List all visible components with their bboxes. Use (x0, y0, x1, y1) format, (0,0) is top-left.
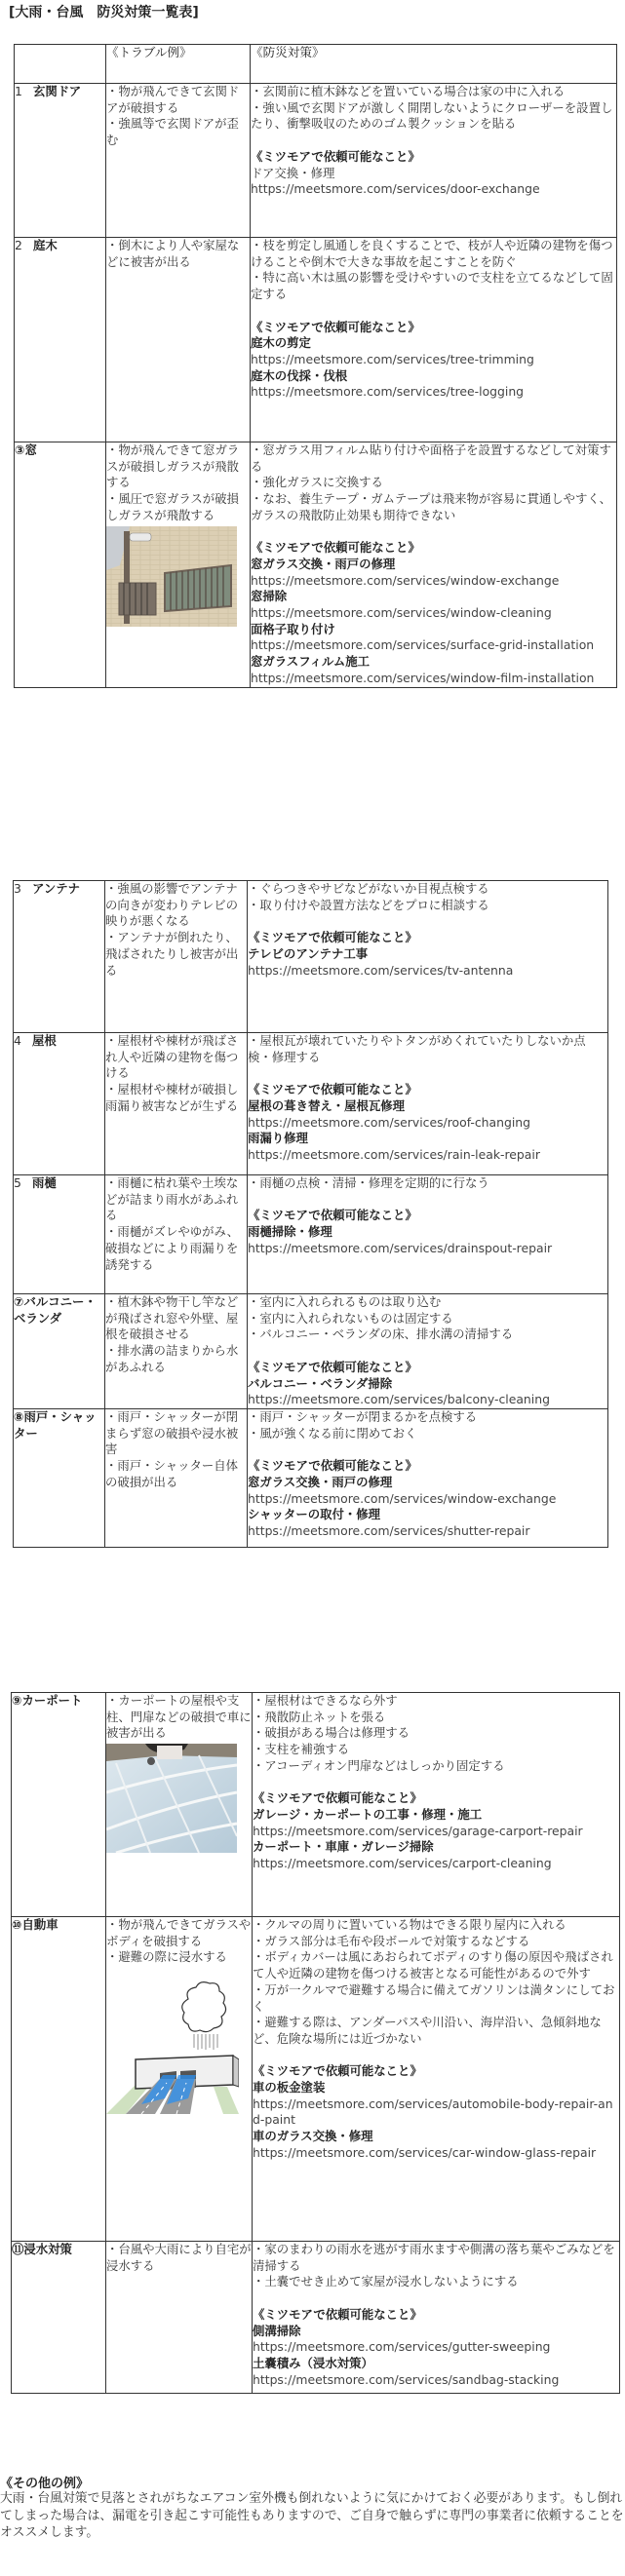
trouble-text: ・物が飛んできて窓ガラスが破損しガラスが飛散する (106, 442, 250, 491)
row-number: 1 (15, 84, 33, 100)
service-name: 庭木の剪定 (251, 335, 616, 352)
measure-text: ・室内に入れられないものは固定する (248, 1311, 607, 1327)
table-row: 3アンテナ ・強風の影響でアンテナの向きが変わりテレビの映りが悪くなる ・アンテ… (14, 881, 608, 1033)
service-link[interactable]: https://meetsmore.com/services/surface-g… (251, 637, 616, 654)
request-heading: 《ミツモアで依頼可能なこと》 (251, 540, 616, 557)
service-link[interactable]: https://meetsmore.com/services/window-ex… (248, 1491, 607, 1508)
trouble-text: ・倒木により人や家屋などに被害が出る (106, 238, 250, 270)
page-title: [大雨・台風 防災対策一覧表] (9, 2, 199, 21)
other-examples-text: 大雨・台風対策で見落とされがちなエアコン室外機も倒れないように気にかけておく必要… (0, 2490, 624, 2542)
service-name: 側溝掃除 (253, 2324, 619, 2340)
request-heading: 《ミツモアで依頼可能なこと》 (253, 1790, 619, 1807)
measure-text: ・アコーディオン門扉などはしっかり固定する (253, 1758, 619, 1775)
table-row: ⑩自動車 ・物が飛んできてガラスやボディを破損する ・避難の際に浸水する (12, 1917, 620, 2242)
trouble-text: ・物が飛んできてガラスやボディを破損する (106, 1917, 252, 1949)
measure-text: ・枝を剪定し風通しを良くすることで、枝が人や近隣の建物を傷つけることや倒木で大き… (251, 238, 616, 270)
row-item-name: 庭木 (33, 238, 58, 254)
trouble-text: ・強風等で玄関ドアが歪む (106, 116, 250, 148)
other-examples-heading: 《その他の例》 (0, 2473, 89, 2491)
disaster-table-3: ⑨カーポート ・カーポートの屋根や支柱、門扉などの破損で車に被害が出る (11, 1692, 620, 2394)
service-name: 雨漏り修理 (248, 1131, 607, 1147)
service-link[interactable]: https://meetsmore.com/services/car-windo… (253, 2145, 619, 2162)
measure-text: ・特に高い木は風の影響を受けやすいので支柱を立てるなどして固定する (251, 270, 616, 302)
service-name: バルコニー・ベランダ掃除 (248, 1376, 607, 1393)
row-number: 2 (15, 238, 33, 254)
row-item-name: ⑦バルコニー・ベランダ (14, 1294, 104, 1326)
service-link[interactable]: https://meetsmore.com/services/carport-c… (253, 1856, 619, 1872)
trouble-text: ・風圧で窓ガラスが破損しガラスが飛散する (106, 491, 250, 523)
service-name: 庭木の伐採・伐根 (251, 368, 616, 385)
measure-text: ・なお、養生テープ・ガムテープは飛来物が容易に貫通しやすく、ガラスの飛散防止効果… (251, 491, 616, 523)
row-item-name: ③窓 (15, 442, 37, 459)
measure-text: ・玄関前に植木鉢などを置いている場合は家の中に入れる (251, 84, 616, 100)
service-name: 車のガラス交換・修理 (253, 2129, 619, 2145)
header-trouble: 《トラブル例》 (106, 45, 251, 84)
disaster-table-1: 《トラブル例》 《防災対策》 1玄関ドア ・物が飛んできて玄関ドアが破損する ・… (14, 44, 617, 688)
trouble-text: ・雨樋に枯れ葉や土埃などが詰まり雨水があふれる (105, 1175, 247, 1224)
measure-text: ・強化ガラスに交換する (251, 475, 616, 491)
service-link[interactable]: https://meetsmore.com/services/tree-trim… (251, 352, 616, 368)
measure-text: ・土嚢でせき止めて家屋が浸水しないようにする (253, 2274, 619, 2290)
service-link[interactable]: https://meetsmore.com/services/door-exch… (251, 181, 616, 198)
service-name: ガレージ・カーポートの工事・修理・施工 (253, 1807, 619, 1824)
measure-text: ・屋根瓦が壊れていたりやトタンがめくれていたりしないか点検・修理する (248, 1033, 607, 1065)
measure-text: ・避難する際は、アンダーパスや川沿い、海岸沿い、急傾斜地など、危険な場所には近づ… (253, 2015, 619, 2047)
table-row: ⑨カーポート ・カーポートの屋根や支柱、門扉などの破損で車に被害が出る (12, 1693, 620, 1917)
service-link[interactable]: https://meetsmore.com/services/rain-leak… (248, 1147, 607, 1164)
row-item-name: アンテナ (32, 881, 80, 898)
row-item-name: 屋根 (32, 1033, 57, 1050)
service-link[interactable]: https://meetsmore.com/services/window-ex… (251, 573, 616, 590)
measure-text: ・室内に入れられるものは取り込む (248, 1294, 607, 1311)
service-link[interactable]: https://meetsmore.com/services/drainspou… (248, 1241, 607, 1257)
trouble-text: ・屋根材や棟材が破損し雨漏り被害などが生ずる (105, 1082, 247, 1114)
service-name: 車の板金塗装 (253, 2080, 619, 2096)
trouble-text: ・台風や大雨により自宅が浸水する (106, 2242, 252, 2274)
trouble-text: ・強風の影響でアンテナの向きが変わりテレビの映りが悪くなる (105, 881, 247, 930)
measure-text: ・屋根材はできるなら外す (253, 1693, 619, 1710)
request-heading: 《ミツモアで依頼可能なこと》 (248, 930, 607, 946)
service-name: カーポート・車庫・ガレージ掃除 (253, 1839, 619, 1856)
measure-text: ・雨樋の点検・清掃・修理を定期的に行なう (248, 1175, 607, 1192)
underpass-flood-illustration (106, 1978, 239, 2114)
service-link[interactable]: https://meetsmore.com/services/gutter-sw… (253, 2339, 619, 2356)
service-link[interactable]: https://meetsmore.com/services/sandbag-s… (253, 2372, 619, 2389)
measure-text: ・取り付けや設置方法などをプロに相談する (248, 898, 607, 914)
table-row: 5雨樋 ・雨樋に枯れ葉や土埃などが詰まり雨水があふれる ・雨樋がズレやゆがみ、破… (14, 1175, 608, 1294)
header-measures: 《防災対策》 (251, 45, 617, 84)
service-name: 窓ガラスフィルム施工 (251, 654, 616, 671)
table-row: ⑦バルコニー・ベランダ ・植木鉢や物干し竿などが飛ばされ窓や外壁、屋根を破損させ… (14, 1294, 608, 1409)
row-item-name: ⑪浸水対策 (12, 2242, 72, 2258)
trouble-text: ・植木鉢や物干し竿などが飛ばされ窓や外壁、屋根を破損させる (105, 1294, 247, 1343)
service-link[interactable]: https://meetsmore.com/services/window-cl… (251, 605, 616, 622)
service-name: テレビのアンテナ工事 (248, 946, 607, 963)
trouble-text: ・カーポートの屋根や支柱、門扉などの破損で車に被害が出る (106, 1693, 252, 1742)
measure-text: ・万が一クルマで避難する場合に備えてガソリンは満タンにしておく (253, 1982, 619, 2015)
service-name: 窓ガラス交換・雨戸の修理 (248, 1475, 607, 1491)
measure-text: ・飛散防止ネットを張る (253, 1710, 619, 1726)
trouble-text: ・雨樋がズレやゆがみ、破損などにより雨漏りを誘発する (105, 1224, 247, 1273)
service-name: 窓ガラス交換・雨戸の修理 (251, 557, 616, 573)
service-link[interactable]: https://meetsmore.com/services/balcony-c… (248, 1392, 607, 1408)
table-row: ⑧雨戸・シャッター ・雨戸・シャッターが閉まらず窓の破損や浸水被害 ・雨戸・シャ… (14, 1409, 608, 1548)
carport-roof-photo (106, 1744, 237, 1853)
request-heading: 《ミツモアで依頼可能なこと》 (248, 1360, 607, 1376)
request-heading: 《ミツモアで依頼可能なこと》 (251, 149, 616, 166)
measure-text: ・バルコニー・ベランダの床、排水溝の清掃する (248, 1326, 607, 1343)
service-link[interactable]: https://meetsmore.com/services/shutter-r… (248, 1523, 607, 1540)
trouble-text: ・雨戸・シャッターが閉まらず窓の破損や浸水被害 (105, 1409, 247, 1458)
service-name: 雨樋掃除・修理 (248, 1224, 607, 1241)
service-name: ドア交換・修理 (251, 166, 616, 182)
trouble-text: ・避難の際に浸水する (106, 1949, 252, 1966)
window-grille-photo (106, 526, 237, 627)
table-row: 1玄関ドア ・物が飛んできて玄関ドアが破損する ・強風等で玄関ドアが歪む ・玄関… (15, 84, 617, 238)
service-link[interactable]: https://meetsmore.com/services/roof-chan… (248, 1115, 607, 1132)
service-link[interactable]: https://meetsmore.com/services/tree-logg… (251, 384, 616, 401)
request-heading: 《ミツモアで依頼可能なこと》 (251, 320, 616, 336)
table-row: 2庭木 ・倒木により人や家屋などに被害が出る ・枝を剪定し風通しを良くすることで… (15, 238, 617, 442)
trouble-text: ・アンテナが倒れたり、飛ばされたりし被害が出る (105, 930, 247, 979)
disaster-table-2: 3アンテナ ・強風の影響でアンテナの向きが変わりテレビの映りが悪くなる ・アンテ… (13, 880, 608, 1548)
measure-text: ・ボディカバーは風にあおられてボディのすり傷の原因や飛ばされて人や近隣の建物を傷… (253, 1949, 619, 1981)
row-number: 3 (14, 881, 32, 898)
header-item (15, 45, 106, 84)
measure-text: ・破損がある場合は修理する (253, 1725, 619, 1742)
service-link[interactable]: https://meetsmore.com/services/tv-antenn… (248, 963, 607, 980)
measure-text: ・支柱を補強する (253, 1742, 619, 1758)
table-row: ⑪浸水対策 ・台風や大雨により自宅が浸水する ・家のまわりの雨水を逃がす雨水ます… (12, 2242, 620, 2394)
measure-text: ・クルマの周りに置いている物はできる限り屋内に入れる (253, 1917, 619, 1934)
measure-text: ・雨戸・シャッターが閉まるかを点検する (248, 1409, 607, 1426)
row-number: 5 (14, 1175, 32, 1192)
table-row: ③窓 ・物が飛んできて窓ガラスが破損しガラスが飛散する ・風圧で窓ガラスが破損し… (15, 442, 617, 688)
trouble-text: ・排水溝の詰まりから水があふれる (105, 1343, 247, 1375)
row-number: 4 (14, 1033, 32, 1050)
service-name: シャッターの取付・修理 (248, 1507, 607, 1523)
service-name: 面格子取り付け (251, 622, 616, 638)
row-item-name: ⑧雨戸・シャッター (14, 1409, 104, 1442)
service-name: 土嚢積み（浸水対策） (253, 2356, 619, 2372)
request-heading: 《ミツモアで依頼可能なこと》 (248, 1458, 607, 1475)
row-item-name: 玄関ドア (33, 84, 81, 100)
service-name: 屋根の葺き替え・屋根瓦修理 (248, 1098, 607, 1115)
measure-text: ・ぐらつきやサビなどがないか目視点検する (248, 881, 607, 898)
service-link[interactable]: https://meetsmore.com/services/window-fi… (251, 671, 616, 687)
row-item-name: ⑩自動車 (12, 1917, 59, 1934)
measure-text: ・強い風で玄関ドアが激しく開閉しないようにクローザーを設置したり、衝撃吸収のため… (251, 100, 616, 133)
request-heading: 《ミツモアで依頼可能なこと》 (253, 2063, 619, 2080)
table-row: 4屋根 ・屋根材や棟材が飛ばされ人や近隣の建物を傷つける ・屋根材や棟材が破損し… (14, 1033, 608, 1175)
trouble-text: ・雨戸・シャッター自体の破損が出る (105, 1458, 247, 1490)
trouble-text: ・物が飛んできて玄関ドアが破損する (106, 84, 250, 116)
service-link[interactable]: https://meetsmore.com/services/garage-ca… (253, 1824, 619, 1840)
request-heading: 《ミツモアで依頼可能なこと》 (248, 1208, 607, 1224)
trouble-text: ・屋根材や棟材が飛ばされ人や近隣の建物を傷つける (105, 1033, 247, 1082)
header-row: 《トラブル例》 《防災対策》 (15, 45, 617, 84)
row-item-name: ⑨カーポート (12, 1693, 82, 1710)
measure-text: ・家のまわりの雨水を逃がす雨水ますや側溝の落ち葉やごみなどを清掃する (253, 2242, 619, 2274)
service-link[interactable]: https://meetsmore.com/services/automobil… (253, 2096, 619, 2129)
measure-text: ・風が強くなる前に閉めておく (248, 1426, 607, 1442)
request-heading: 《ミツモアで依頼可能なこと》 (248, 1082, 607, 1098)
request-heading: 《ミツモアで依頼可能なこと》 (253, 2307, 619, 2324)
service-name: 窓掃除 (251, 589, 616, 605)
measure-text: ・ガラス部分は毛布や段ボールで対策するなどする (253, 1934, 619, 1950)
row-item-name: 雨樋 (32, 1175, 57, 1192)
measure-text: ・窓ガラス用フィルム貼り付けや面格子を設置するなどして対策する (251, 442, 616, 475)
